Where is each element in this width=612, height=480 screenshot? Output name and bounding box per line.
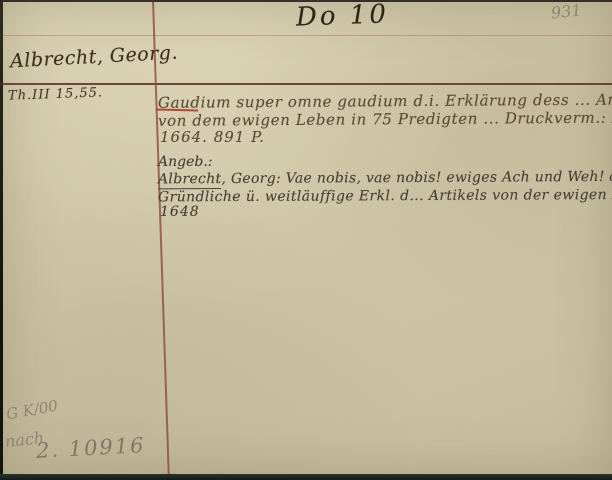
header-faint-rule bbox=[0, 35, 612, 36]
entry1-line2-text: von dem ewigen Leben in 75 Predigten ...… bbox=[158, 109, 612, 130]
entry2-line2: Gründliche ü. weitläuffige Erkl. d... Ar… bbox=[158, 187, 612, 206]
pencil-number: 931 bbox=[550, 0, 582, 22]
entry1-year-line: 1664. 891 P. bbox=[160, 128, 265, 146]
entry2-line1-rest: , Georg: Vae nobis, vae nobis! ewiges Ac… bbox=[221, 169, 612, 187]
scanned-catalog-card-page: Do 10 931 Albrecht, Georg. Th.III 15,55.… bbox=[0, 0, 612, 480]
entry2-year: 1648 bbox=[160, 204, 200, 220]
scan-edge-left bbox=[0, 0, 3, 300]
scan-edge-top bbox=[0, 0, 612, 2]
entry2-line1: Albrecht, Georg: Vae nobis, vae nobis! e… bbox=[158, 169, 612, 188]
classification-heading: Do 10 bbox=[296, 0, 390, 33]
bound-with-label: Angeb.: bbox=[158, 154, 213, 170]
scan-edge-bottom bbox=[0, 474, 612, 480]
catalog-card-paper bbox=[3, 2, 612, 474]
entry2-author-underlined: Albrecht bbox=[158, 171, 222, 189]
entry1-line2: von dem ewigen Leben in 75 Predigten ...… bbox=[158, 108, 612, 130]
horizontal-rule bbox=[0, 83, 612, 85]
